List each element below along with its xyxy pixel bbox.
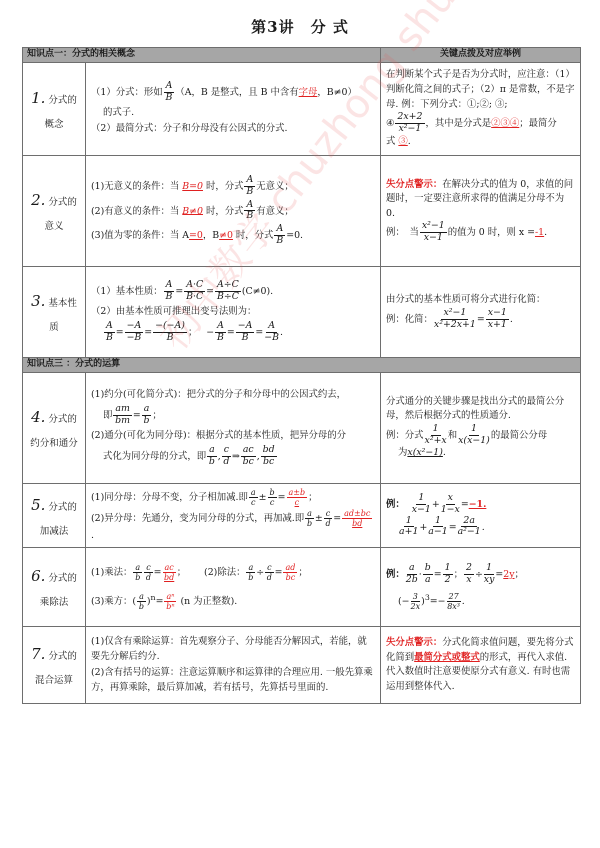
table-row: 5. 分式的加减法 (1)同分母：分母不变，分子相加减.即ac±bc=a±bc；… [23,483,581,547]
table-row: 2. 分式的意义 (1)无意义的条件：当 B=0 时，分式AB无意义； (2)有… [23,155,581,266]
content-cell: (1)同分母：分母不变，分子相加减.即ac±bc=a±bc； (2)异分母：先通… [86,483,381,547]
tip-cell: 例：a2b·ba=12；2x÷1xy=2y； (−32x)3=−278x³. [381,548,581,627]
content-cell: (1)乘法：abcd=acbd； (2)除法：ab÷cd=adbc； (3)乘方… [86,548,381,627]
section-header-2: 知识点三 ：分式的运算 [23,357,581,372]
content-cell: （1）基本性质：AB=A·CB·C=A÷CB÷C(C≠0). （2）由基本性质可… [86,266,381,357]
topic-cell: 1. 分式的概念 [23,62,86,155]
section-header-1: 知识点一：分式的相关概念 关键点拨及对应举例 [23,48,581,63]
tip-cell: 失分点警示：在解决分式的值为 0，求值的问题时，一定要注意所求得的值满足分母不为… [381,155,581,266]
topic-label: 分式的概念 [44,95,76,130]
column-title-tips: 关键点拨及对应举例 [381,48,581,63]
table-row: 1. 分式的概念 （1）分式：形如AB（A，B 是整式，且 B 中含有字母，B≠… [23,62,581,155]
content-cell: (1)仅含有乘除运算：首先观察分子、分母能否分解因式，若能，就要先分解后约分. … [86,627,381,704]
tip-cell: 例： 1x−1+x1−x=−1. 1a+1+1a−1=2aa²−1. [381,483,581,547]
warning-label: 失分点警示： [386,637,442,648]
warning-label: 失分点警示： [386,179,442,190]
topic-cell: 3. 基本性质 [23,266,86,357]
content-cell: (1)无意义的条件：当 B=0 时，分式AB无意义； (2)有意义的条件：当 B… [86,155,381,266]
topic-cell: 5. 分式的加减法 [23,483,86,547]
tip-cell: 失分点警示：分式化简求值问题，要先将分式化简到最简分式或整式的形式，再代入求值.… [381,627,581,704]
topic-cell: 7. 分式的混合运算 [23,627,86,704]
section-title: 知识点三 ：分式的运算 [23,357,581,372]
table-row: 4. 分式的约分和通分 (1)约分(可化简分式)：把分式的分子和分母中的公因式约… [23,372,581,483]
topic-number: 1. [31,89,45,107]
topic-cell: 6. 分式的乘除法 [23,548,86,627]
table-row: 6. 分式的乘除法 (1)乘法：abcd=acbd； (2)除法：ab÷cd=a… [23,548,581,627]
section-title: 知识点一：分式的相关概念 [23,48,381,63]
topic-cell: 4. 分式的约分和通分 [23,372,86,483]
tip-cell: 在判断某个式子是否为分式时，应注意：（1）判断化简之间的式子；（2）π 是常数，… [381,62,581,155]
table-row: 3. 基本性质 （1）基本性质：AB=A·CB·C=A÷CB÷C(C≠0). （… [23,266,581,357]
content-cell: (1)约分(可化简分式)：把分式的分子和分母中的公因式约去， 即ambm=ab；… [86,372,381,483]
table-row: 7. 分式的混合运算 (1)仅含有乘除运算：首先观察分子、分母能否分解因式，若能… [23,627,581,704]
knowledge-table: 知识点一：分式的相关概念 关键点拨及对应举例 1. 分式的概念 （1）分式：形如… [22,47,581,704]
tip-cell: 由分式的基本性质可将分式进行化简： 例：化简：x²−1x²+2x+1=x−1x+… [381,266,581,357]
page-title: 第3讲 分 式 [0,16,600,37]
tip-cell: 分式通分的关键步骤是找出分式的最简公分母，然后根据分式的性质通分. 例：分式1x… [381,372,581,483]
content-cell: （1）分式：形如AB（A，B 是整式，且 B 中含有字母，B≠0） 的式子. （… [86,62,381,155]
topic-cell: 2. 分式的意义 [23,155,86,266]
